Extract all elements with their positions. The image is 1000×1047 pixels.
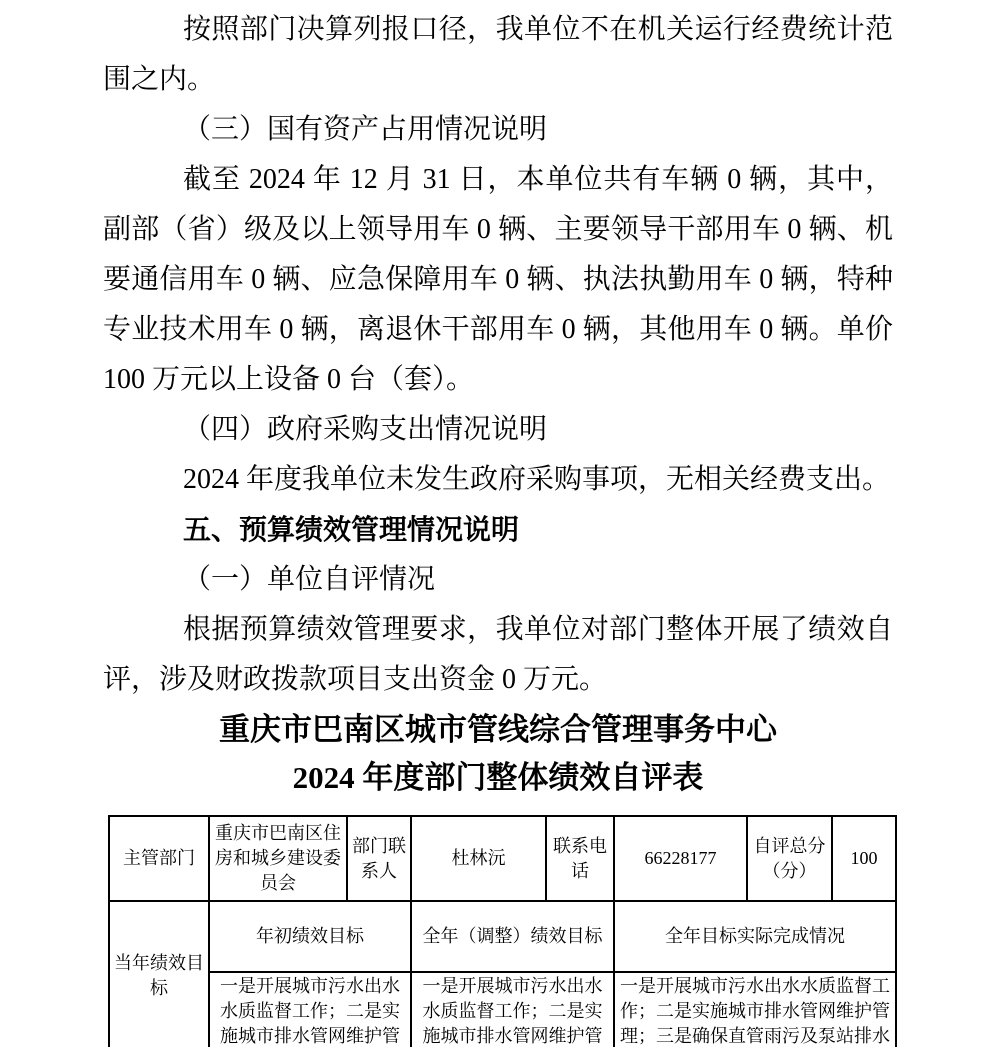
dept-label-cell: 主管部门 — [109, 816, 209, 901]
goal-header-actual-cell: 全年目标实际完成情况 — [614, 901, 896, 972]
contact-value-cell: 杜林沅 — [411, 816, 546, 901]
document-body: 按照部门决算列报口径，我单位不在机关运行经费统计范围之内。 （三）国有资产占用情… — [103, 5, 893, 705]
goal-header-adjusted-cell: 全年（调整）绩效目标 — [411, 901, 614, 972]
section-heading-self-evaluation: （一）单位自评情况 — [103, 555, 893, 605]
paragraph-self-evaluation: 根据预算绩效管理要求，我单位对部门整体开展了绩效自评，涉及财政拨款项目支出资金 … — [103, 605, 893, 705]
goal-adjusted-text-cell: 一是开展城市污水出水 水质监督工作；二是实 施城市排水管网维护管 — [411, 972, 614, 1047]
paragraph-operating-expense: 按照部门决算列报口径，我单位不在机关运行经费统计范围之内。 — [103, 5, 893, 105]
paragraph-procurement: 2024 年度我单位未发生政府采购事项，无相关经费支出。 — [103, 455, 893, 505]
goal-header-initial-cell: 年初绩效目标 — [209, 901, 411, 972]
score-value-cell: 100 — [832, 816, 896, 901]
score-label-cell: 自评总分 （分） — [747, 816, 832, 901]
table-title-form-name: 2024 年度部门整体绩效自评表 — [103, 754, 893, 802]
dept-value-cell: 重庆市巴南区住 房和城乡建设委 员会 — [209, 816, 347, 901]
table-title-block: 重庆市巴南区城市管线综合管理事务中心 2024 年度部门整体绩效自评表 — [103, 706, 893, 802]
phone-label-cell: 联系电 话 — [546, 816, 614, 901]
contact-label-cell: 部门联 系人 — [347, 816, 411, 901]
section-heading-state-assets: （三）国有资产占用情况说明 — [103, 105, 893, 155]
table-row-goal-content: 一是开展城市污水出水 水质监督工作；二是实 施城市排水管网维护管 一是开展城市污… — [109, 972, 896, 1047]
goal-initial-text-cell: 一是开展城市污水出水 水质监督工作；二是实 施城市排水管网维护管 — [209, 972, 411, 1047]
section-heading-budget-performance: 五、预算绩效管理情况说明 — [103, 505, 893, 555]
goal-actual-text-cell: 一是开展城市污水出水水质监督工 作；二是实施城市排水管网维护管 理；三是确保直管… — [614, 972, 896, 1047]
goals-row-label-cell: 当年绩效目 标 — [109, 901, 209, 1047]
table-row-info: 主管部门 重庆市巴南区住 房和城乡建设委 员会 部门联 系人 杜林沅 联系电 话… — [109, 816, 896, 901]
phone-value-cell: 66228177 — [614, 816, 747, 901]
section-heading-procurement: （四）政府采购支出情况说明 — [103, 405, 893, 455]
paragraph-vehicles-equipment: 截至 2024 年 12 月 31 日，本单位共有车辆 0 辆，其中，副部（省）… — [103, 155, 893, 405]
table-row-goal-headers: 当年绩效目 标 年初绩效目标 全年（调整）绩效目标 全年目标实际完成情况 — [109, 901, 896, 972]
table-title-org-name: 重庆市巴南区城市管线综合管理事务中心 — [103, 706, 893, 754]
self-evaluation-table: 主管部门 重庆市巴南区住 房和城乡建设委 员会 部门联 系人 杜林沅 联系电 话… — [108, 815, 897, 1047]
document-page: 按照部门决算列报口径，我单位不在机关运行经费统计范围之内。 （三）国有资产占用情… — [0, 0, 1000, 1047]
